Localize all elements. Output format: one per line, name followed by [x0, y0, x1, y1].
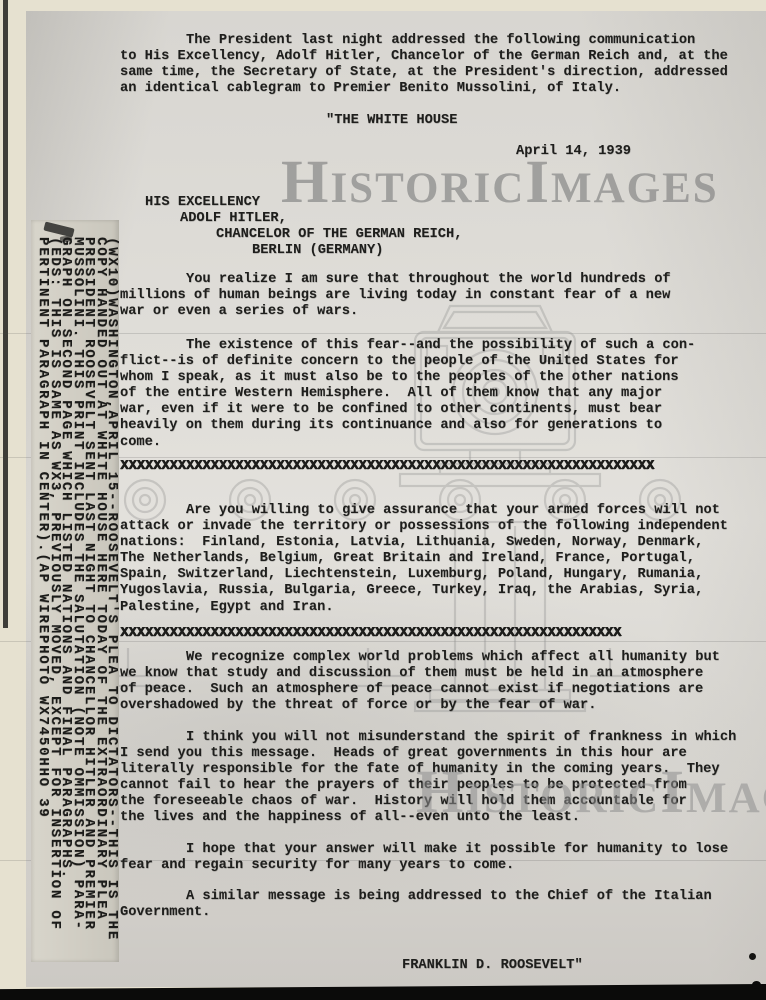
text-line: You realize I am sure that throughout th…	[120, 272, 671, 288]
text-line: Spain, Switzerland, Liechtenstein, Luxem…	[120, 567, 728, 583]
text-line: We recognize complex world problems whic…	[120, 650, 720, 666]
x-separator-row: XXXXXXXXXXXXXXXXXXXXXXXXXXXXXXXXXXXXXXXX…	[120, 626, 621, 642]
paragraph-recognize: We recognize complex world problems whic…	[120, 650, 720, 714]
text-line: war or even a series of wars.	[120, 304, 671, 320]
text-line: same time, the Secretary of State, at th…	[120, 65, 728, 81]
text-line: I think you will not misunderstand the s…	[120, 730, 736, 746]
x-separator-row: XXXXXXXXXXXXXXXXXXXXXXXXXXXXXXXXXXXXXXXX…	[120, 459, 654, 475]
ink-dot	[752, 981, 761, 989]
text-line: come.	[120, 435, 695, 451]
text-line: Palestine, Egypt and Iran.	[120, 600, 728, 616]
caption-line: PERTINENT PARAGRAPH IN CENTER).(AP WIREP…	[37, 237, 49, 818]
text-line: whom I speak, as it must also be to the …	[120, 370, 695, 386]
text-line: of peace. Such an atmosphere of peace ca…	[120, 682, 720, 698]
historicimages-watermark: HistoricImages	[416, 762, 766, 823]
signature-line: FRANKLIN D. ROOSEVELT"	[402, 958, 583, 974]
text-line: of the entire Western Hemisphere. All of…	[120, 386, 695, 402]
historicimages-watermark: HistoricImages	[281, 152, 719, 213]
text-line: we know that study and discussion of the…	[120, 666, 720, 682]
text-line: war, even if it were to be confined to o…	[120, 402, 695, 418]
text-line: nations: Finland, Estonia, Latvia, Lithu…	[120, 535, 728, 551]
text-line: overshadowed by the threat of force or b…	[120, 698, 720, 714]
paragraph-similar: A similar message is being addressed to …	[120, 889, 712, 921]
text-line: to His Excellency, Adolf Hitler, Chancel…	[120, 49, 728, 65]
text-line: flict--is of definite concern to the peo…	[120, 354, 695, 370]
paragraph-you-realize: You realize I am sure that throughout th…	[120, 272, 671, 320]
text-line: millions of human beings are living toda…	[120, 288, 671, 304]
text-line: A similar message is being addressed to …	[120, 889, 712, 905]
paragraph-hope: I hope that your answer will make it pos…	[120, 842, 728, 874]
intro-paragraph: The President last night addressed the f…	[120, 33, 728, 97]
ink-dot	[749, 953, 756, 960]
text-line: heavily on them during its continuance a…	[120, 418, 695, 434]
text-line: The Netherlands, Belgium, Great Britain …	[120, 551, 728, 567]
white-house-heading: "THE WHITE HOUSE	[326, 113, 457, 129]
text-line: CHANCELOR OF THE GERMAN REICH,	[145, 227, 462, 243]
text-line: Yugoslavia, Russia, Bulgaria, Greece, Tu…	[120, 583, 728, 599]
text-line: Government.	[120, 905, 712, 921]
paragraph-assurance: Are you willing to give assurance that y…	[120, 503, 728, 616]
text-line: Are you willing to give assurance that y…	[120, 503, 728, 519]
text-line: attack or invade the territory or posses…	[120, 519, 728, 535]
press-photo-scan: (WX10)WASHINGTON,APRIL 15--ROOSEVELT'S P…	[0, 0, 766, 1000]
film-edge-mark	[3, 0, 8, 628]
text-line: an identical cablegram to Premier Benito…	[120, 81, 728, 97]
text-line: The President last night addressed the f…	[120, 33, 728, 49]
text-line: I hope that your answer will make it pos…	[120, 842, 728, 858]
paragraph-existence: The existence of this fear--and the poss…	[120, 338, 695, 451]
text-line: fear and regain security for many years …	[120, 858, 728, 874]
text-line: BERLIN (GERMANY)	[145, 243, 462, 259]
text-line: The existence of this fear--and the poss…	[120, 338, 695, 354]
